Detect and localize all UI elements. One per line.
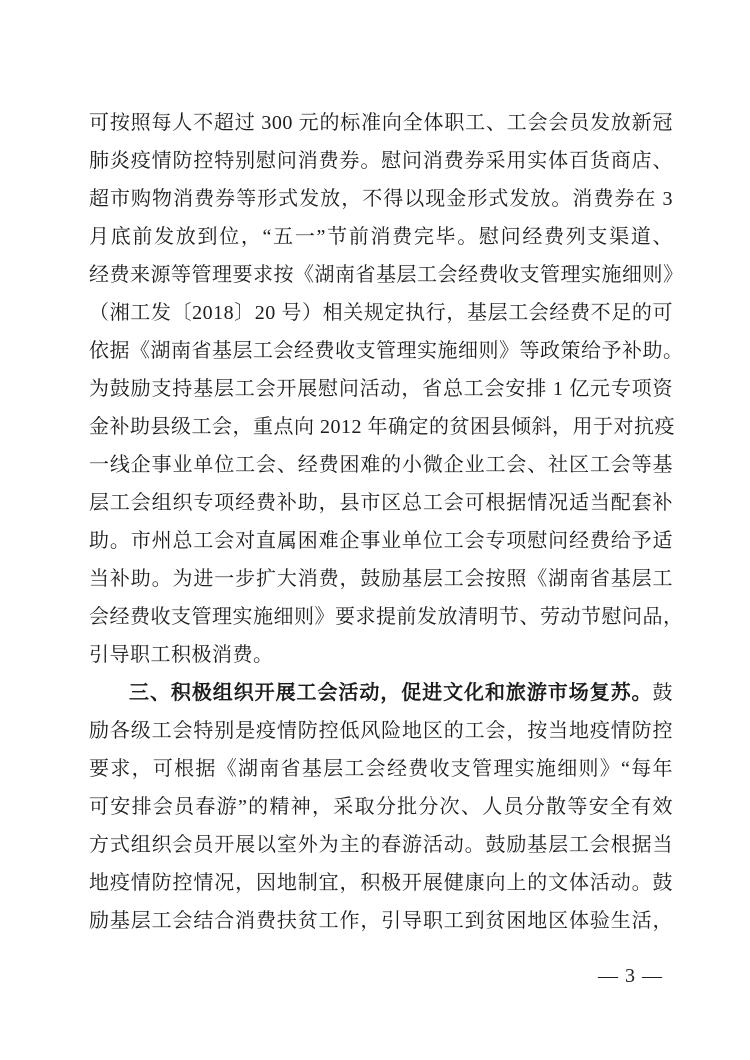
document-page: 可按照每人不超过 300 元的标准向全体职工、工会会员发放新冠肺炎疫情防控特别慰… <box>0 0 750 1060</box>
body-text: 励基层工会结合消费扶贫工作，引导职工到贫困地区体验生活， <box>89 910 673 932</box>
body-text: 为鼓励支持基层工会开展慰问活动，省总工会安排 1 亿元专项资 <box>89 378 673 400</box>
body-text: 可按照每人不超过 300 元的标准向全体职工、工会会员发放新冠 <box>89 112 673 134</box>
body-text: 会经费收支管理实施细则》要求提前发放清明节、劳动节慰问品， <box>89 606 684 628</box>
body-text: 可安排会员春游”的精神，采取分批分次、人员分散等安全有效 <box>89 796 673 818</box>
body-text: 助。市州总工会对直属困难企事业单位工会专项慰问经费给予适 <box>89 530 673 552</box>
text-line: 会经费收支管理实施细则》要求提前发放清明节、劳动节慰问品， <box>89 598 673 636</box>
body-text: 励各级工会特别是疫情防控低风险地区的工会，按当地疫情防控 <box>89 720 673 742</box>
text-line: 方式组织会员开展以室外为主的春游活动。鼓励基层工会根据当 <box>89 826 673 864</box>
body-text: （湘工发〔2018〕20 号）相关规定执行，基层工会经费不足的可 <box>89 302 673 324</box>
text-line: 地疫情防控情况，因地制宜，积极开展健康向上的文体活动。鼓 <box>89 864 673 902</box>
body-text: 方式组织会员开展以室外为主的春游活动。鼓励基层工会根据当 <box>89 834 673 856</box>
text-line: 金补助县级工会，重点向 2012 年确定的贫困县倾斜，用于对抗疫 <box>89 408 673 446</box>
text-line: 励各级工会特别是疫情防控低风险地区的工会，按当地疫情防控 <box>89 712 673 750</box>
body-text: 金补助县级工会，重点向 2012 年确定的贫困县倾斜，用于对抗疫 <box>89 416 675 438</box>
text-line: 助。市州总工会对直属困难企事业单位工会专项慰问经费给予适 <box>89 522 673 560</box>
text-line: 三、积极组织开展工会活动，促进文化和旅游市场复苏。鼓 <box>89 674 673 712</box>
body-text: 要求，可根据《湖南省基层工会经费收支管理实施细则》“每年 <box>89 758 673 780</box>
text-line: 超市购物消费券等形式发放，不得以现金形式发放。消费券在 3 <box>89 180 673 218</box>
body-text: 月底前发放到位，“五一”节前消费完毕。慰问经费列支渠道、 <box>89 226 673 248</box>
text-line: （湘工发〔2018〕20 号）相关规定执行，基层工会经费不足的可 <box>89 294 673 332</box>
body-text: 肺炎疫情防控特别慰问消费券。慰问消费券采用实体百货商店、 <box>89 150 673 172</box>
text-line: 肺炎疫情防控特别慰问消费券。慰问消费券采用实体百货商店、 <box>89 142 673 180</box>
text-line: 为鼓励支持基层工会开展慰问活动，省总工会安排 1 亿元专项资 <box>89 370 673 408</box>
heading-text: 三、积极组织开展工会活动，促进文化和旅游市场复苏。 <box>129 682 653 704</box>
text-line: 一线企事业单位工会、经费困难的小微企业工会、社区工会等基 <box>89 446 673 484</box>
body-text: 经费来源等管理要求按《湖南省基层工会经费收支管理实施细则》 <box>89 264 684 286</box>
text-line: 层工会组织专项经费补助，县市区总工会可根据情况适当配套补 <box>89 484 673 522</box>
text-line: 可按照每人不超过 300 元的标准向全体职工、工会会员发放新冠 <box>89 104 673 142</box>
body-text: 超市购物消费券等形式发放，不得以现金形式发放。消费券在 3 <box>89 188 673 210</box>
document-body-text: 可按照每人不超过 300 元的标准向全体职工、工会会员发放新冠肺炎疫情防控特别慰… <box>89 104 673 940</box>
text-line: 月底前发放到位，“五一”节前消费完毕。慰问经费列支渠道、 <box>89 218 673 256</box>
body-text: 依据《湖南省基层工会经费收支管理实施细则》等政策给予补助。 <box>89 340 684 362</box>
body-text: 层工会组织专项经费补助，县市区总工会可根据情况适当配套补 <box>89 492 673 514</box>
text-line: 可安排会员春游”的精神，采取分批分次、人员分散等安全有效 <box>89 788 673 826</box>
text-line: 当补助。为进一步扩大消费，鼓励基层工会按照《湖南省基层工 <box>89 560 673 598</box>
text-line: 经费来源等管理要求按《湖南省基层工会经费收支管理实施细则》 <box>89 256 673 294</box>
text-line: 要求，可根据《湖南省基层工会经费收支管理实施细则》“每年 <box>89 750 673 788</box>
body-text: 当补助。为进一步扩大消费，鼓励基层工会按照《湖南省基层工 <box>89 568 673 590</box>
body-text: 鼓 <box>653 682 674 704</box>
body-text: 引导职工积极消费。 <box>89 644 274 666</box>
page-number: — 3 — <box>598 962 663 990</box>
body-text: 地疫情防控情况，因地制宜，积极开展健康向上的文体活动。鼓 <box>89 872 673 894</box>
body-text: 一线企事业单位工会、经费困难的小微企业工会、社区工会等基 <box>89 454 673 476</box>
text-line: 励基层工会结合消费扶贫工作，引导职工到贫困地区体验生活， <box>89 902 673 940</box>
text-line: 引导职工积极消费。 <box>89 636 673 674</box>
text-line: 依据《湖南省基层工会经费收支管理实施细则》等政策给予补助。 <box>89 332 673 370</box>
